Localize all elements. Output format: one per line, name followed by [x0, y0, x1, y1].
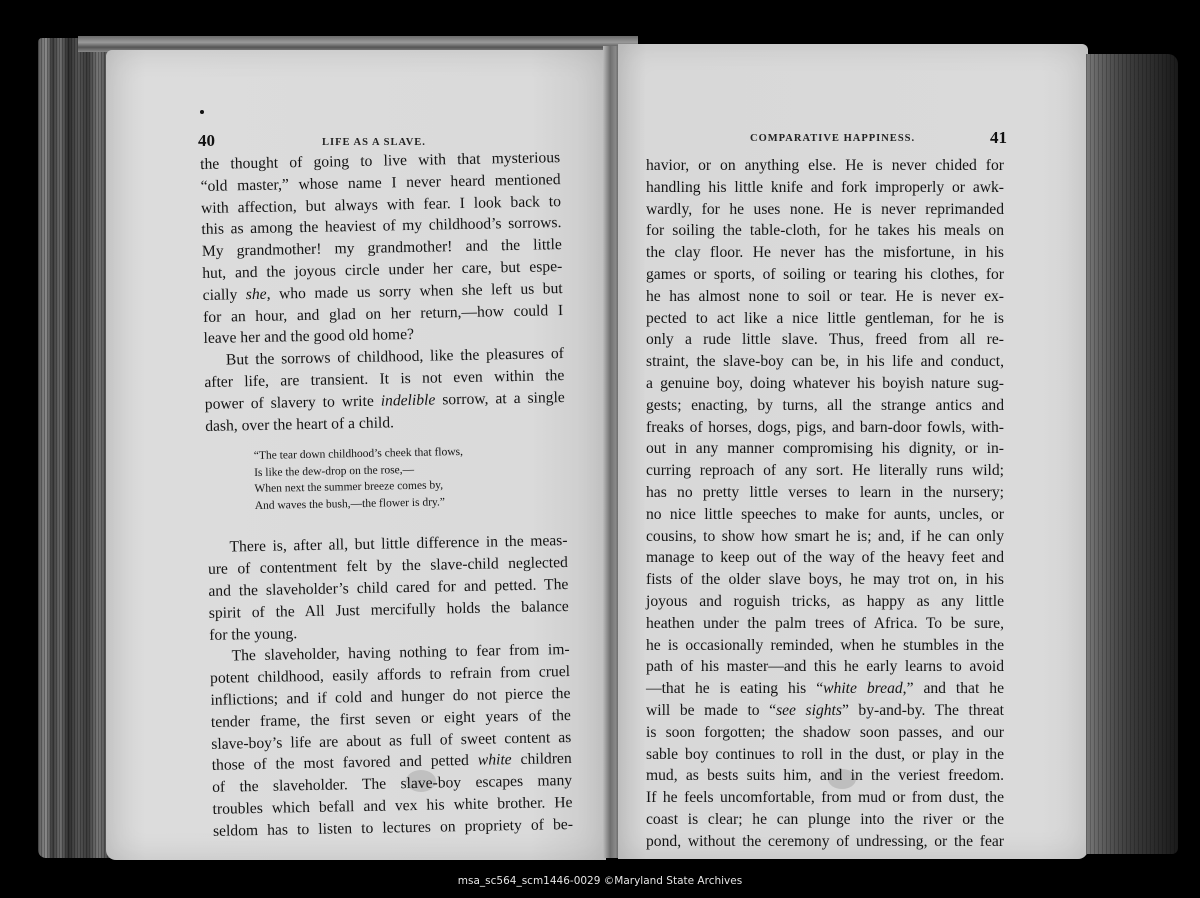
text-line: wardly, for he uses none. He is never re…	[646, 199, 1004, 221]
text-line: gests; enacting, by turns, all the stran…	[646, 395, 1004, 417]
text-line: is soon forgotten; the shadow soon passe…	[646, 722, 1004, 744]
text-line: fists of the older slave boys, he may tr…	[646, 569, 1004, 591]
text-line: manage to keep out of the way of the hea…	[646, 547, 1004, 569]
text-line: freaks of horses, dogs, pigs, and barn-d…	[646, 417, 1004, 439]
paragraph-cont: after life, are transient. It is not eve…	[204, 365, 565, 437]
text-line: he has almost none to soil or tear. He i…	[646, 286, 1004, 308]
text-run: children	[511, 750, 571, 768]
italic-text: white bread	[823, 680, 903, 697]
text-line: games or sports, of soiling or tearing h…	[646, 264, 1004, 286]
text-line: no nice little speeches to make for aunt…	[646, 504, 1004, 526]
text-line: heathen under the palm trees of Africa. …	[646, 613, 1004, 635]
text-line: pond, without the ceremony of undressing…	[646, 831, 1004, 853]
text-run: cially	[203, 286, 246, 304]
italic-text: white	[478, 751, 512, 769]
text-line: cousins, to show how smart he is; and, i…	[646, 526, 1004, 548]
italic-text: see sights	[776, 702, 842, 719]
left-running-head: LIFE AS A SLAVE.	[322, 137, 426, 148]
text-line: coast is clear; he can plunge into the r…	[646, 809, 1004, 831]
text-line: sable boy continues to roll in the dust,…	[646, 744, 1004, 766]
text-line: —that he is eating his “white bread,” an…	[646, 678, 1004, 700]
text-line: out in any manner compromising his digni…	[646, 438, 1004, 460]
italic-text: she	[246, 286, 267, 303]
text-line: has no pretty little verses to learn in …	[646, 482, 1004, 504]
italic-text: indelible	[381, 391, 436, 409]
text-run: —that he is eating his “	[646, 680, 823, 697]
left-page-number: 40	[198, 131, 215, 151]
text-run: , who made us sorry when she left us but	[266, 280, 562, 303]
text-line: pected to act like a nice little gentlem…	[646, 308, 1004, 330]
text-run: power of slavery to write	[205, 392, 381, 412]
text-run: those of the most favored and petted	[212, 752, 478, 774]
text-line: straint, the slave-boy can be, in his li…	[646, 351, 1004, 373]
poem-quote: “The tear down childhood’s cheek that fl…	[254, 442, 567, 514]
text-line: mud, as bests suits him, and in the veri…	[646, 765, 1004, 787]
paragraph: havior, or on anything else. He is never…	[646, 155, 1004, 853]
text-run: ,” and that he	[903, 680, 1004, 697]
text-line: If he feels uncomfortable, from mud or f…	[646, 787, 1004, 809]
right-page-body: havior, or on anything else. He is never…	[646, 155, 1004, 853]
right-page-stack-edge	[1086, 54, 1178, 854]
left-page-body: the thought of going to live with that m…	[200, 147, 573, 842]
text-line: the clay floor. He never has the misfort…	[646, 242, 1004, 264]
paragraph: The slaveholder, having nothing to fear …	[209, 639, 573, 842]
paragraph: the thought of going to live with that m…	[200, 147, 564, 350]
text-line: havior, or on anything else. He is never…	[646, 155, 1004, 177]
text-line: curring reproach of any sort. He literal…	[646, 460, 1004, 482]
text-line: for soiling the table-cloth, for he take…	[646, 220, 1004, 242]
right-running-head: COMPARATIVE HAPPINESS.	[750, 133, 915, 144]
right-page-number: 41	[990, 128, 1007, 148]
paragraph: There is, after all, but little differen…	[207, 530, 569, 646]
text-run: sorrow, at a single	[435, 389, 565, 408]
text-run: will be made to “	[646, 702, 776, 719]
text-line: will be made to “see sights” by-and-by. …	[646, 700, 1004, 722]
text-line: a genuine boy, doing whatever his boyish…	[646, 373, 1004, 395]
text-line: only a rude little slave. Thus, freed fr…	[646, 329, 1004, 351]
text-line: joyous and roguish tricks, as happy as a…	[646, 591, 1004, 613]
ink-dot	[200, 110, 204, 114]
text-line: he is occasionally reminded, when he stu…	[646, 635, 1004, 657]
text-run: ” by-and-by. The threat	[842, 702, 1004, 719]
text-line: handling his little knife and fork impro…	[646, 177, 1004, 199]
archive-caption: msa_sc564_scm1446-0029 ©Maryland State A…	[0, 875, 1200, 887]
text-line: path of his master—and this he early lea…	[646, 656, 1004, 678]
